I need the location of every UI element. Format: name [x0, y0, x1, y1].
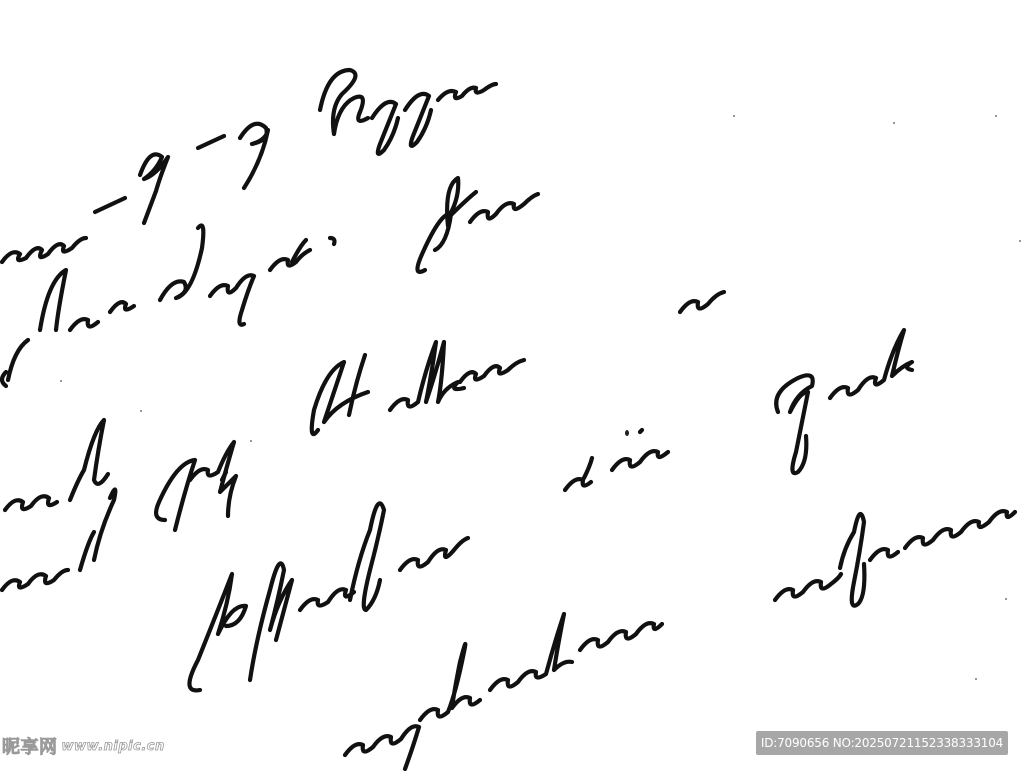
watermark-nipic: 昵享网 www.nipic.cn: [2, 733, 165, 759]
manuscript-page: …en – 4 – 9 Rüppen …üher dazu. Das …mit …: [0, 0, 1024, 771]
handwriting-line-2: [2, 178, 538, 386]
paper-speck: [1019, 240, 1021, 242]
paper-speck: [60, 380, 62, 382]
paper-speck: [995, 115, 997, 117]
handwriting-line-1: [2, 70, 496, 262]
handwriting-strokes: [0, 0, 1024, 771]
watermark-url: www.nipic.cn: [62, 739, 165, 754]
watermark-brand-cn: 昵享网: [2, 733, 58, 759]
paper-speck: [975, 678, 977, 680]
paper-speck: [893, 122, 895, 124]
paper-speck: [733, 115, 735, 117]
watermark-id-badge: ID:7090656 NO:20250721152338333104: [756, 731, 1008, 755]
paper-speck: [250, 440, 252, 442]
paper-speck: [140, 410, 142, 412]
paper-speck: [1005, 598, 1007, 600]
paper-speck: [625, 430, 629, 436]
